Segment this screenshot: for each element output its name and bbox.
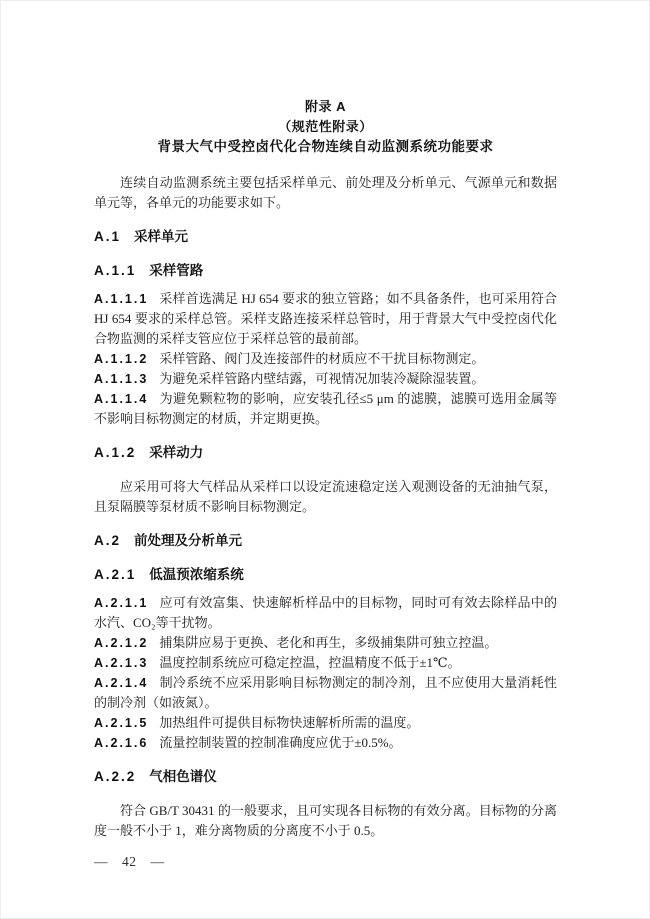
clause-text: 应可有效富集、快速解析样品中的目标物，同时可有效去除样品中的水汽、CO₂等干扰物…	[94, 595, 557, 630]
appendix-label: 附录 A	[94, 97, 557, 117]
clause-text: 采样首选满足 HJ 654 要求的独立管路；如不具备条件，也可采用符合 HJ 6…	[94, 291, 557, 346]
clause-text: 制冷系统不应采用影响目标物测定的制冷剂，且不应使用大量消耗性的制冷剂（如液氮）。	[94, 675, 557, 710]
appendix-title: 背景大气中受控卤代化合物连续自动监测系统功能要求	[94, 137, 557, 157]
clause-A-2-1-3: A.2.1.3温度控制系统应可稳定控温，控温精度不低于±1℃。	[94, 653, 557, 673]
clause-text: 加热组件可提供目标物快速解析所需的温度。	[159, 715, 419, 730]
page-number: 42	[122, 854, 137, 869]
clause-text: 捕集阱应易于更换、老化和再生，多级捕集阱可独立控温。	[159, 635, 497, 650]
section-number: A.1.1	[94, 263, 136, 278]
footer-dash-right: —	[151, 854, 165, 869]
paragraph-A-2-2: 符合 GB/T 30431 的一般要求，且可实现各目标物的有效分离。目标物的分离…	[94, 801, 557, 841]
clause-text: 为避免采样管路内壁结露，可视情况加装冷凝除湿装置。	[159, 371, 484, 386]
subsection-heading-A-2-2: A.2.2气相色谱仪	[94, 767, 557, 787]
clause-number: A.2.1.1	[94, 596, 148, 610]
clause-A-2-1-4: A.2.1.4制冷系统不应采用影响目标物测定的制冷剂，且不应使用大量消耗性的制冷…	[94, 673, 557, 713]
clause-number: A.2.1.5	[94, 716, 148, 730]
section-number: A.1	[94, 229, 121, 244]
section-title: 采样动力	[149, 445, 203, 460]
clause-A-2-1-5: A.2.1.5加热组件可提供目标物快速解析所需的温度。	[94, 713, 557, 733]
subsection-heading-A-2-1: A.2.1低温预浓缩系统	[94, 565, 557, 585]
section-title: 前处理及分析单元	[134, 533, 242, 548]
section-title: 低温预浓缩系统	[149, 567, 244, 582]
section-title: 采样单元	[134, 229, 188, 244]
section-number: A.2.1	[94, 567, 136, 582]
page-footer: —42—	[94, 852, 165, 872]
document-page: 附录 A （规范性附录） 背景大气中受控卤代化合物连续自动监测系统功能要求 连续…	[0, 0, 650, 919]
clause-text: 温度控制系统应可稳定控温，控温精度不低于±1℃。	[159, 655, 460, 670]
section-number: A.2.2	[94, 769, 136, 784]
section-title: 气相色谱仪	[149, 769, 217, 784]
clause-number: A.1.1.1	[94, 292, 148, 306]
clause-A-2-1-1: A.2.1.1应可有效富集、快速解析样品中的目标物，同时可有效去除样品中的水汽、…	[94, 593, 557, 633]
section-number: A.2	[94, 533, 121, 548]
section-heading-A-1: A.1采样单元	[94, 227, 557, 247]
clause-A-1-1-3: A.1.1.3为避免采样管路内壁结露，可视情况加装冷凝除湿装置。	[94, 369, 557, 389]
clause-number: A.1.1.3	[94, 372, 148, 386]
appendix-header: 附录 A （规范性附录） 背景大气中受控卤代化合物连续自动监测系统功能要求	[94, 97, 557, 157]
intro-paragraph: 连续自动监测系统主要包括采样单元、前处理及分析单元、气源单元和数据单元等，各单元…	[94, 173, 557, 213]
clause-number: A.2.1.2	[94, 636, 148, 650]
clause-number: A.2.1.4	[94, 676, 148, 690]
clause-number: A.2.1.6	[94, 736, 148, 750]
appendix-note: （规范性附录）	[94, 117, 557, 137]
section-title: 采样管路	[149, 263, 203, 278]
clause-number: A.1.1.2	[94, 352, 148, 366]
section-heading-A-2: A.2前处理及分析单元	[94, 531, 557, 551]
clause-number: A.2.1.3	[94, 656, 148, 670]
subsection-heading-A-1-2: A.1.2采样动力	[94, 443, 557, 463]
footer-dash-left: —	[94, 854, 108, 869]
subsection-heading-A-1-1: A.1.1采样管路	[94, 261, 557, 281]
clause-text: 采样管路、阀门及连接部件的材质应不干扰目标物测定。	[159, 351, 484, 366]
clause-text: 为避免颗粒物的影响，应安装孔径≤5 μm 的滤膜，滤膜可选用金属等不影响目标物测…	[94, 391, 557, 426]
clause-A-1-1-2: A.1.1.2采样管路、阀门及连接部件的材质应不干扰目标物测定。	[94, 349, 557, 369]
clause-A-2-1-2: A.2.1.2捕集阱应易于更换、老化和再生，多级捕集阱可独立控温。	[94, 633, 557, 653]
clause-text: 流量控制装置的控制准确度应优于±0.5%。	[159, 735, 401, 750]
clause-A-2-1-6: A.2.1.6流量控制装置的控制准确度应优于±0.5%。	[94, 733, 557, 753]
paragraph-A-1-2: 应采用可将大气样品从采样口以设定流速稳定送入观测设备的无油抽气泵，且泵隔膜等泵材…	[94, 477, 557, 517]
clause-A-1-1-1: A.1.1.1采样首选满足 HJ 654 要求的独立管路；如不具备条件，也可采用…	[94, 289, 557, 349]
section-number: A.1.2	[94, 445, 136, 460]
clause-number: A.1.1.4	[94, 392, 148, 406]
clause-A-1-1-4: A.1.1.4为避免颗粒物的影响，应安装孔径≤5 μm 的滤膜，滤膜可选用金属等…	[94, 389, 557, 429]
document-body: 连续自动监测系统主要包括采样单元、前处理及分析单元、气源单元和数据单元等，各单元…	[94, 173, 557, 841]
